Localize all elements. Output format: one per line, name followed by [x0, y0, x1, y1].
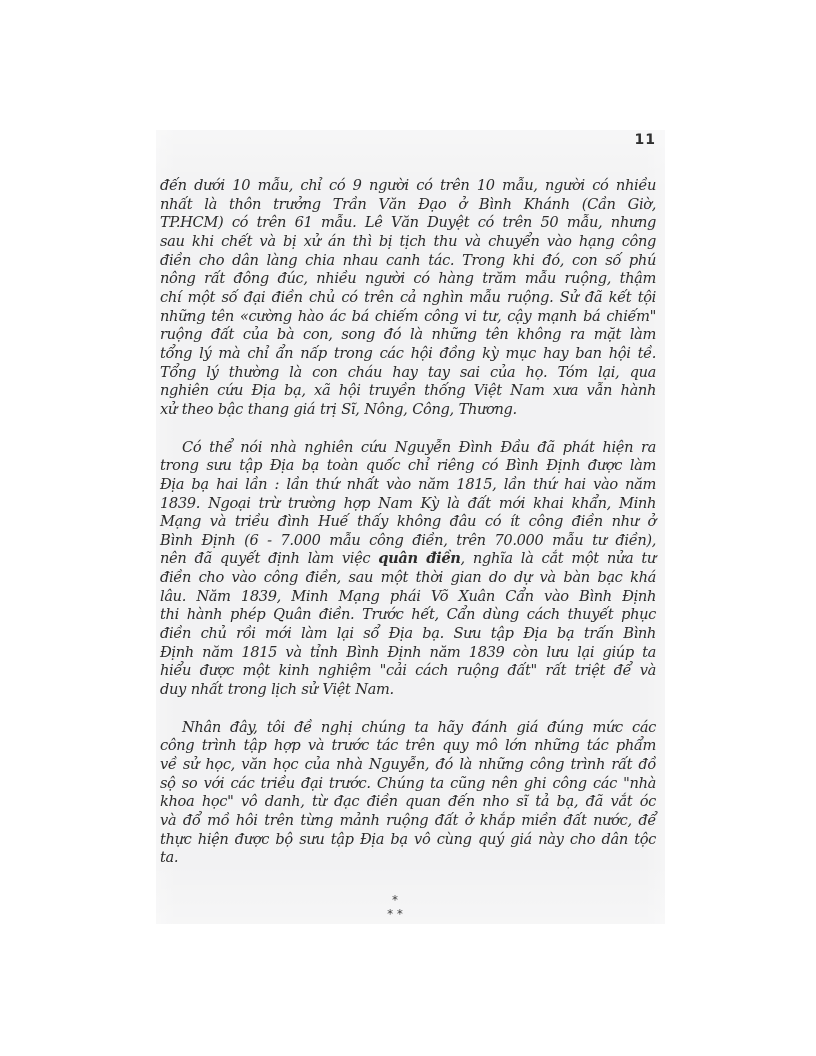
text-line: 1839. Ngoại trừ trường hợp Nam Kỳ là đất… [160, 495, 656, 514]
asterism-top: * [360, 893, 430, 907]
text-line: Nhân đây, tôi đề nghị chúng ta hãy đánh … [160, 719, 656, 738]
emphasis-term: quân điền [378, 550, 460, 567]
text-line: nhất là thôn trưởng Trần Văn Đạo ở Bình … [160, 196, 656, 215]
text-line: chí một số đại điền chủ có trên cả nghìn… [160, 289, 656, 308]
text-line: nghiên cứu Địa bạ, xã hội truyền thống V… [160, 382, 656, 401]
text-line: hiểu được một kinh nghiệm "cải cách ruộn… [160, 662, 656, 681]
text-line: nông rất đông đúc, nhiều người có hàng t… [160, 270, 656, 289]
page-number: 11 [626, 132, 656, 148]
text-line: đến dưới 10 mẫu, chỉ có 9 người có trên … [160, 177, 656, 196]
text-line: Bình Định (6 - 7.000 mẫu công điền, trên… [160, 532, 656, 551]
text-line: Tổng lý thường là con cháu hay tay sai c… [160, 364, 656, 383]
text-line: thi hành phép Quân điền. Trước hết, Cẩn … [160, 606, 656, 625]
text-line: trong sưu tập Địa bạ toàn quốc chỉ riêng… [160, 457, 656, 476]
text-line: Có thể nói nhà nghiên cứu Nguyễn Đình Đầ… [160, 439, 656, 458]
text-segment: nên đã quyết định làm việc [160, 550, 378, 567]
paragraph-1: đến dưới 10 mẫu, chỉ có 9 người có trên … [160, 177, 656, 420]
text-line: TP.HCM) có trên 61 mẫu. Lê Văn Duyệt có … [160, 214, 656, 233]
text-line: những tên «cường hào ác bá chiếm công vi… [160, 308, 656, 327]
text-line: điền chủ rồi mới làm lại sổ Địa bạ. Sưu … [160, 625, 656, 644]
text-line-with-emphasis: nên đã quyết định làm việc quân điền, ng… [160, 550, 656, 569]
text-line: Địa bạ hai lần : lần thứ nhất vào năm 18… [160, 476, 656, 495]
paragraph-3: Nhân đây, tôi đề nghị chúng ta hãy đánh … [160, 719, 656, 868]
text-line: điền cho vào công điền, sau một thời gia… [160, 569, 656, 588]
text-line: điền cho dân làng chia nhau canh tác. Tr… [160, 252, 656, 271]
text-line: và đổ mồ hôi trên từng mảnh ruộng đất ở … [160, 812, 656, 831]
text-line: sộ so với các triều đại trước. Chúng ta … [160, 775, 656, 794]
text-line: Mạng và triều đình Huế thấy không đâu có… [160, 513, 656, 532]
text-line: ta. [160, 849, 656, 868]
text-line: công trình tập hợp và trước tác trên quy… [160, 737, 656, 756]
text-line: về sử học, văn học của nhà Nguyễn, đó là… [160, 756, 656, 775]
text-line: xử theo bậc thang giá trị Sĩ, Nông, Công… [160, 401, 656, 420]
text-line: ruộng đất của bà con, song đó là những t… [160, 326, 656, 345]
text-line: tổng lý mà chỉ ẩn nấp trong các hội đồng… [160, 345, 656, 364]
text-line: lâu. Năm 1839, Minh Mạng phái Võ Xuân Cẩ… [160, 588, 656, 607]
text-line: sau khi chết và bị xử án thì bị tịch thu… [160, 233, 656, 252]
text-line: duy nhất trong lịch sử Việt Nam. [160, 681, 656, 700]
section-break-asterism: * * * [360, 893, 430, 921]
text-line: khoa học" vô danh, từ đạc điền quan đến … [160, 793, 656, 812]
text-line: thực hiện được bộ sưu tập Địa bạ vô cùng… [160, 831, 656, 850]
text-segment: , nghĩa là cắt một nửa tư [461, 550, 656, 567]
body-text: đến dưới 10 mẫu, chỉ có 9 người có trên … [160, 177, 656, 868]
paragraph-2: Có thể nói nhà nghiên cứu Nguyễn Đình Đầ… [160, 439, 656, 700]
text-line: Định năm 1815 và tỉnh Bình Định năm 1839… [160, 644, 656, 663]
asterism-bottom: * * [360, 907, 430, 921]
